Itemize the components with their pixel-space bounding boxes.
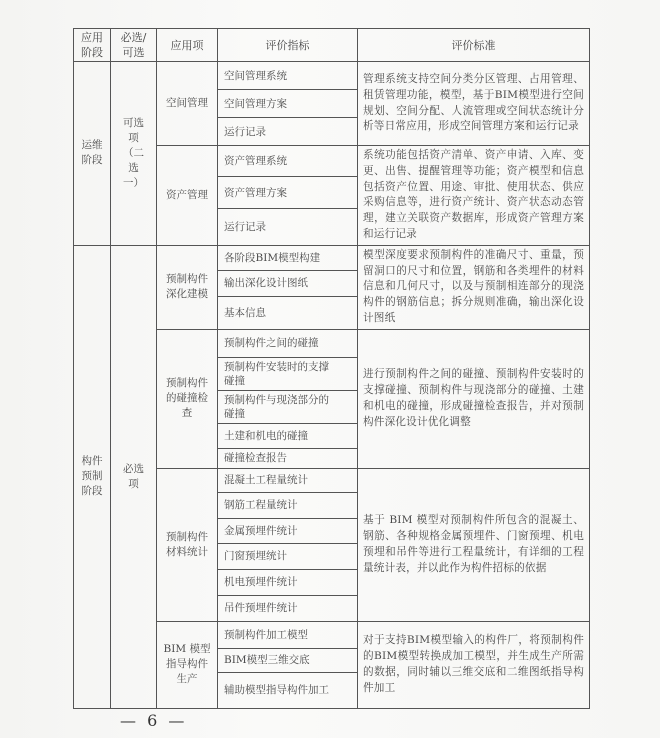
required-cell: 必选项 <box>111 245 157 708</box>
indicator-cell: 运行记录 <box>218 118 358 146</box>
indicator-cell: 输出深化设计图纸 <box>218 271 358 296</box>
item-cell: 资产管理 <box>157 146 218 246</box>
indicator-cell: 资产管理系统 <box>218 146 358 177</box>
standard-cell: 基于 BIM 模型对预制构件所包含的混凝土、钢筋、各种规格金属预埋件、门窗预埋、… <box>358 468 590 621</box>
indicator-cell: 门窗预埋统计 <box>218 543 358 569</box>
header-stage: 应用阶段 <box>74 29 111 62</box>
header-required: 必选/可选 <box>111 29 157 62</box>
stage-cell: 构件预制阶段 <box>74 245 111 708</box>
required-cell: 可选项（二选一） <box>111 62 157 246</box>
bim-evaluation-table: 应用阶段 必选/可选 应用项 评价指标 评价标准 运维阶段 可选项（二选一） 空… <box>73 28 590 709</box>
indicator-cell: 金属预埋件统计 <box>218 518 358 543</box>
indicator-cell: 预制构件与现浇部分的碰撞 <box>218 390 358 423</box>
indicator-cell: 吊件预埋件统计 <box>218 595 358 621</box>
standard-cell: 管理系统支持空间分类分区管理、占用管理、租赁管理功能，模型，基于BIM模型进行空… <box>358 62 590 146</box>
indicator-cell: 基本信息 <box>218 296 358 329</box>
indicator-cell: 空间管理方案 <box>218 90 358 118</box>
indicator-cell: 预制构件之间的碰撞 <box>218 329 358 357</box>
indicator-cell: 空间管理系统 <box>218 62 358 90</box>
standard-cell: 系统功能包括资产清单、资产申请、入库、变更、出售、提醒管理等功能；资产模型和信息… <box>358 146 590 246</box>
indicator-cell: 运行记录 <box>218 208 358 245</box>
header-standard: 评价标准 <box>358 29 590 62</box>
item-cell: 预制构件材料统计 <box>157 468 218 621</box>
indicator-cell: 预制构件加工模型 <box>218 621 358 648</box>
item-cell: BIM 模型指导构件生产 <box>157 621 218 708</box>
standard-cell: 进行预制构件之间的碰撞、预制构件安装时的支撑碰撞、预制构件与现浇部分的碰撞、土建… <box>358 329 590 468</box>
indicator-cell: 碰撞检查报告 <box>218 448 358 468</box>
indicator-cell: BIM模型三维交底 <box>218 648 358 672</box>
page-number: — 6 — <box>120 711 187 730</box>
indicator-cell: 土建和机电的碰撞 <box>218 423 358 448</box>
indicator-cell: 各阶段BIM模型构建 <box>218 245 358 270</box>
standard-cell: 模型深度要求预制构件的准确尺寸、重量，预留洞口的尺寸和位置，钢筋和各类埋件的材料… <box>358 245 590 329</box>
item-cell: 预制构件深化建模 <box>157 245 218 329</box>
header-indicator: 评价指标 <box>218 29 358 62</box>
table-row: 运维阶段 可选项（二选一） 空间管理 空间管理系统 管理系统支持空间分类分区管理… <box>74 62 590 90</box>
indicator-cell: 机电预埋件统计 <box>218 569 358 595</box>
document-page: 应用阶段 必选/可选 应用项 评价指标 评价标准 运维阶段 可选项（二选一） 空… <box>0 0 660 738</box>
indicator-cell: 预制构件安装时的支撑碰撞 <box>218 357 358 390</box>
stage-cell: 运维阶段 <box>74 62 111 246</box>
item-cell: 空间管理 <box>157 62 218 146</box>
standard-cell: 对于支持BIM模型输入的构件厂，将预制构件的BIM模型转换成加工模型，并生成生产… <box>358 621 590 708</box>
indicator-cell: 资产管理方案 <box>218 177 358 208</box>
indicator-cell: 辅助模型指导构件加工 <box>218 672 358 708</box>
header-item: 应用项 <box>157 29 218 62</box>
item-cell: 预制构件的碰撞检查 <box>157 329 218 468</box>
table-row: 构件预制阶段 必选项 预制构件深化建模 各阶段BIM模型构建 模型深度要求预制构… <box>74 245 590 270</box>
indicator-cell: 钢筋工程量统计 <box>218 492 358 518</box>
indicator-cell: 混凝土工程量统计 <box>218 468 358 492</box>
header-row: 应用阶段 必选/可选 应用项 评价指标 评价标准 <box>74 29 590 62</box>
